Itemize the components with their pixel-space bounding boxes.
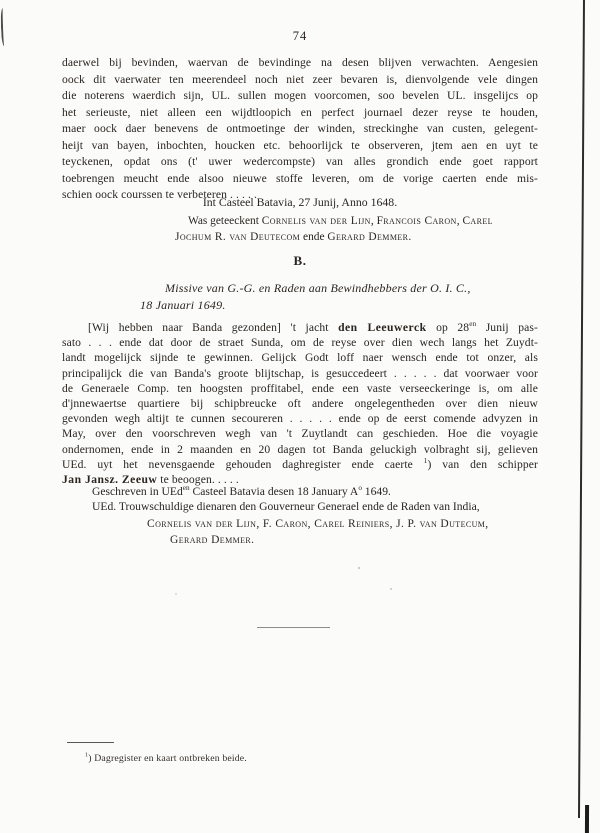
text-line: 18 Januari 1649. <box>140 297 538 314</box>
scan-speck <box>358 567 360 569</box>
letter-1648-signatures: Was geteeckent Cornelis van der Lijn, Fr… <box>62 214 538 245</box>
text-line: die noterens waerdich sijn, UL. sullen m… <box>62 88 538 105</box>
section-label: B. <box>62 253 538 269</box>
text-line: Was geteeckent Cornelis van der Lijn, Fr… <box>188 214 538 230</box>
binding-mark <box>0 8 6 46</box>
scan-speck <box>390 588 392 590</box>
page-edge-shadow <box>585 805 589 833</box>
text-line: teyckenen, opdat ons (t' uwer wedercomps… <box>62 154 538 171</box>
text-line: Cornelis van der Lijn, F. Caron, Carel R… <box>147 517 538 533</box>
text-line: Missive van G.-G. en Raden aan Bewindheb… <box>165 280 538 297</box>
footnote-rule <box>67 742 114 743</box>
footnote-text: 1) Dagregister en kaart ontbreken beide. <box>85 753 247 765</box>
letter-1649-body-paragraph: [Wij hebben naar Banda gezonden] 't jach… <box>62 320 538 487</box>
text-line: de Generaele Comp. ten hoogsten proffita… <box>62 381 538 396</box>
text-line: Jochum R. van Deutecom ende Gerard Demme… <box>175 230 538 246</box>
text-line: maer oock daer benevens de ontmoetinge d… <box>62 121 538 138</box>
text-line: landt mogelijck sijnde te gewinnen. Geli… <box>62 350 538 365</box>
letter-1649-heading: Missive van G.-G. en Raden aan Bewindheb… <box>62 280 538 314</box>
text-line: d'jnnewaertse quartiere bij schipbreucke… <box>62 396 538 411</box>
text-line: toebrengen meucht ende alsoo nieuwe stof… <box>62 171 538 188</box>
letter-1649-signatures: Cornelis van der Lijn, F. Caron, Carel R… <box>62 517 538 548</box>
page-number: 74 <box>62 29 538 44</box>
letter-1648-dateline: Int Casteel Batavia, 27 Junij, Anno 1648… <box>62 194 538 210</box>
text-line: ondernomen, ende in 2 maanden en 20 dage… <box>62 442 538 457</box>
text-line: daerwel bij bevinden, waervan de bevindi… <box>62 55 538 72</box>
text-line: sato . . . ende dat door de straet Sunda… <box>62 335 538 350</box>
text-line: heijt van bayen, inbochten, houcken etc.… <box>62 138 538 155</box>
text-line: gevonden wegh altijt te cunnen secourere… <box>62 411 538 426</box>
scan-speck <box>175 593 177 595</box>
text-line: principalijck die van Banda's groote bli… <box>62 366 538 381</box>
page-edge-line <box>578 0 585 818</box>
letter-1649-closing: Geschreven in UEden Casteel Batavia dese… <box>62 484 538 515</box>
text-line: Geschreven in UEden Casteel Batavia dese… <box>92 484 538 499</box>
text-line: het serieuste, niet alleen een wijdtloop… <box>62 105 538 122</box>
text-line: [Wij hebben naar Banda gezonden] 't jach… <box>62 320 538 335</box>
text-line: Gerard Demmer. <box>170 533 538 549</box>
text-line: oock dit vaerwater ten meerendeel noch n… <box>62 72 538 89</box>
scanned-book-page: 74 daerwel bij bevinden, waervan de bevi… <box>0 0 600 833</box>
section-divider-rule <box>257 627 330 628</box>
text-line: May, over den voorschreven wegh van 't Z… <box>62 426 538 441</box>
text-line: UEd. uyt het nevensgaende gehouden daghr… <box>62 457 538 472</box>
text-line: UEd. Trouwschuldige dienaren den Gouvern… <box>92 499 538 514</box>
letter-1648-body-paragraph: daerwel bij bevinden, waervan de bevindi… <box>62 55 538 204</box>
